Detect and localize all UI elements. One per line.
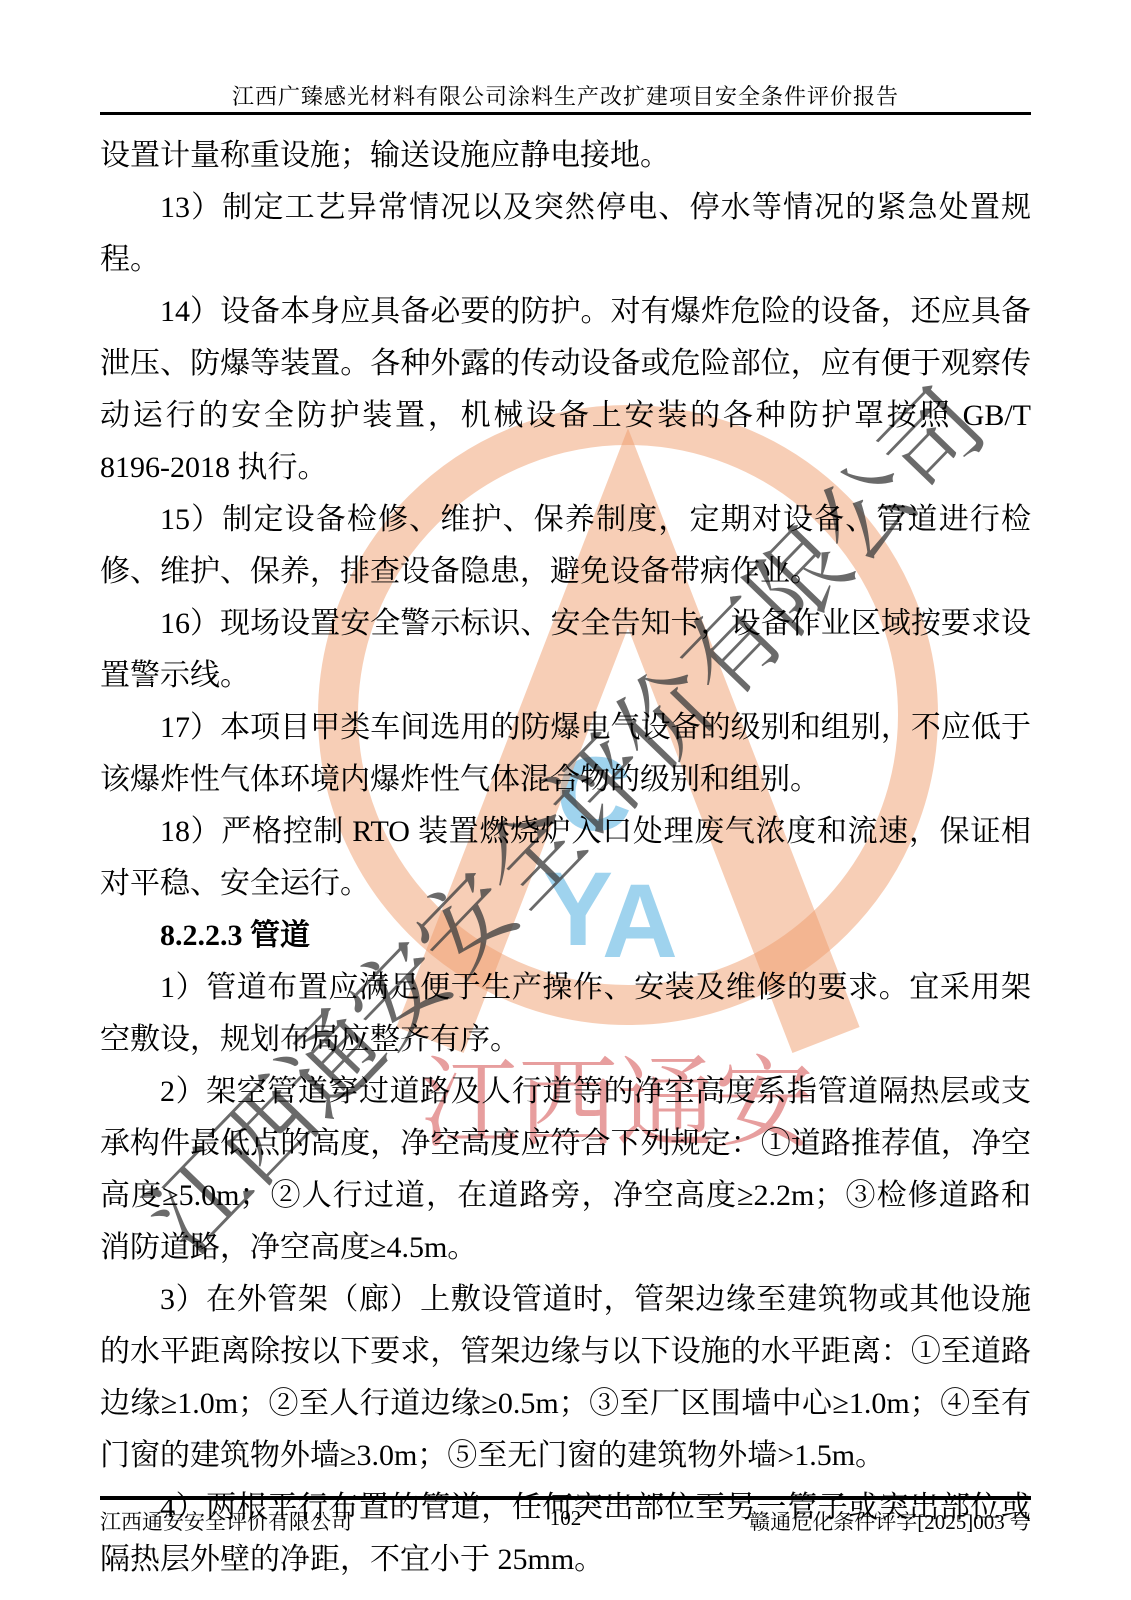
page-footer: 江西通安安全评价有限公司 102 赣通危化条件评字[2025]003 号: [100, 1506, 1031, 1536]
paragraph: 18）严格控制 RTO 装置燃烧炉入口处理废气浓度和流速，保证相对平稳、安全运行…: [100, 806, 1031, 910]
paragraph: 15）制定设备检修、维护、保养制度，定期对设备、管道进行检修、维护、保养，排查设…: [100, 494, 1031, 598]
section-heading: 8.2.2.3 管道: [100, 910, 1031, 962]
paragraph: 16）现场设置安全警示标识、安全告知卡，设备作业区域按要求设置警示线。: [100, 598, 1031, 702]
document-body: 设置计量称重设施；输送设施应静电接地。 13）制定工艺异常情况以及突然停电、停水…: [100, 130, 1031, 1586]
paragraph: 13）制定工艺异常情况以及突然停电、停水等情况的紧急处置规程。: [100, 182, 1031, 286]
footer-divider: [100, 1496, 1031, 1500]
report-page: 江西广臻感光材料有限公司涂料生产改扩建项目安全条件评价报告 设置计量称重设施；输…: [0, 0, 1131, 1600]
paragraph: 14）设备本身应具备必要的防护。对有爆炸危险的设备，还应具备泄压、防爆等装置。各…: [100, 286, 1031, 494]
footer-company: 江西通安安全评价有限公司: [100, 1506, 550, 1536]
page-header-title: 江西广臻感光材料有限公司涂料生产改扩建项目安全条件评价报告: [0, 80, 1131, 111]
footer-doc-number: 赣通危化条件评字[2025]003 号: [581, 1506, 1031, 1536]
paragraph: 3）在外管架（廊）上敷设管道时，管架边缘至建筑物或其他设施的水平距离除按以下要求…: [100, 1274, 1031, 1482]
paragraph: 2）架空管道穿过道路及人行道等的净空高度系指管道隔热层或支承构件最低点的高度，净…: [100, 1066, 1031, 1274]
paragraph: 设置计量称重设施；输送设施应静电接地。: [100, 130, 1031, 182]
paragraph: 17）本项目甲类车间选用的防爆电气设备的级别和组别，不应低于该爆炸性气体环境内爆…: [100, 702, 1031, 806]
header-divider: [100, 112, 1031, 115]
footer-page-number: 102: [550, 1506, 582, 1536]
paragraph: 1）管道布置应满足便于生产操作、安装及维修的要求。宜采用架空敷设，规划布局应整齐…: [100, 962, 1031, 1066]
